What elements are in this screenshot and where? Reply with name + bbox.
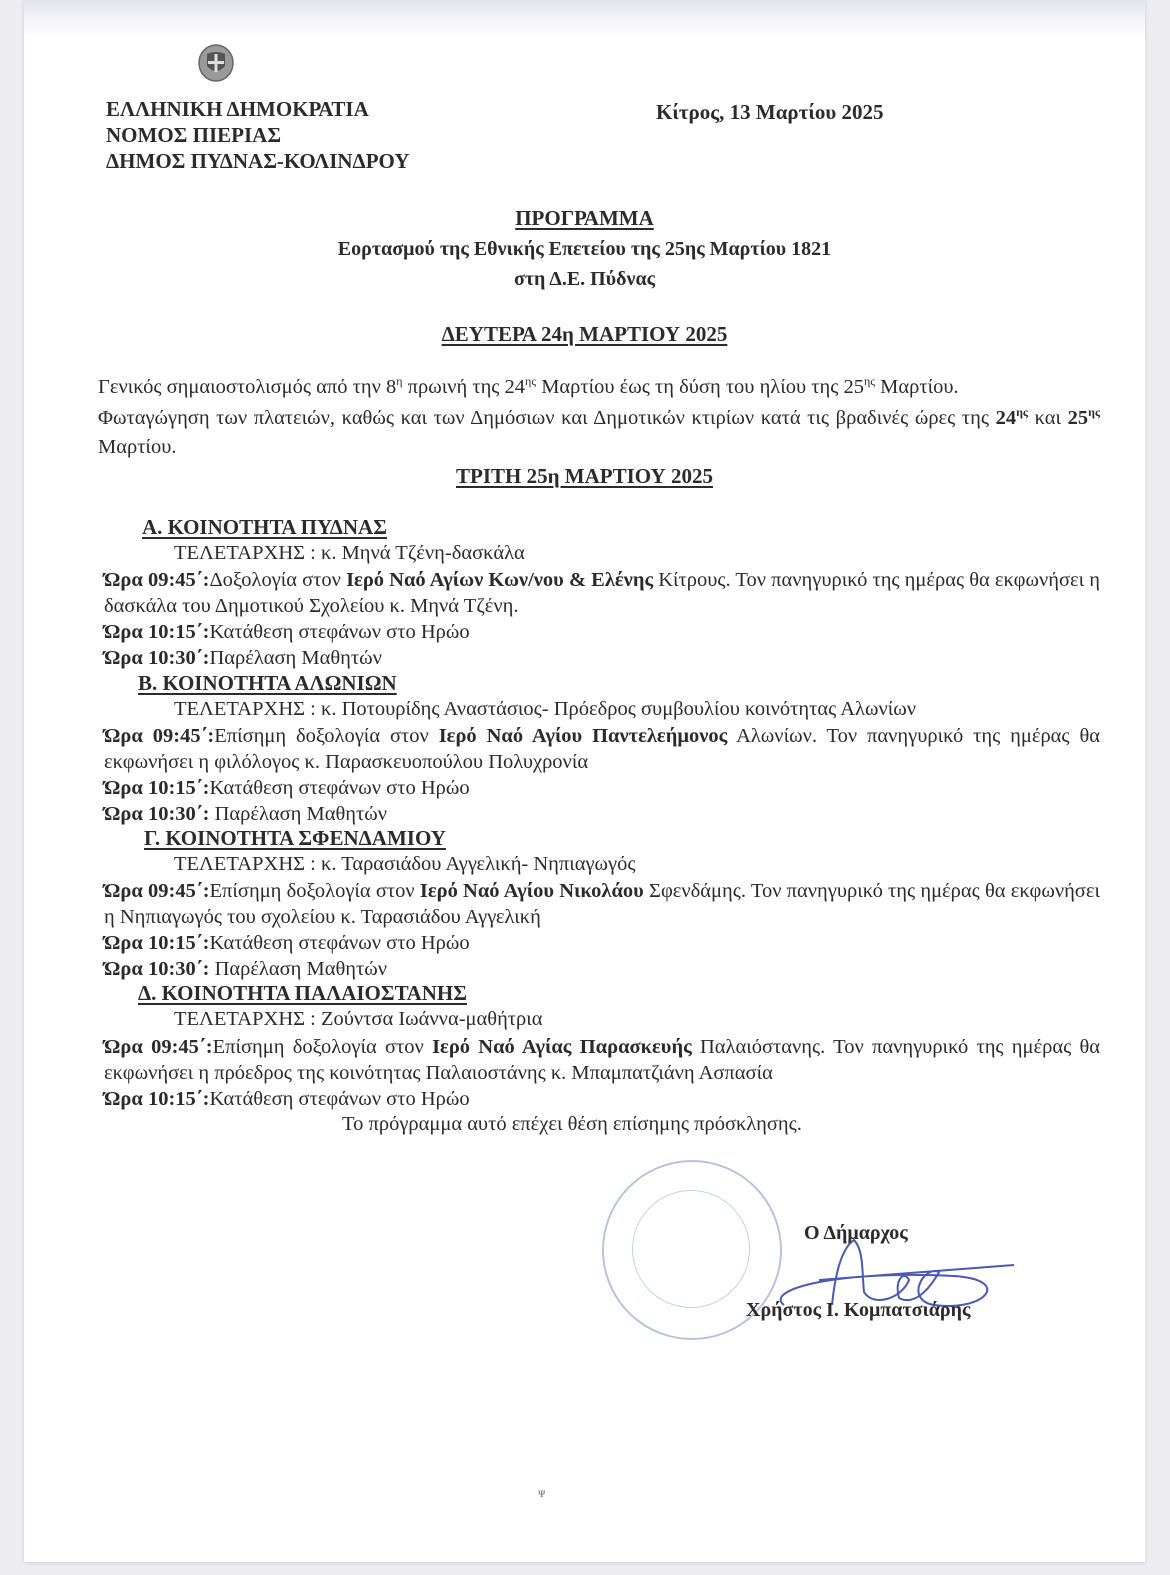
document-page: ΕΛΛΗΝΙΚΗ ΔΗΜΟΚΡΑΤΙΑ ΝΟΜΟΣ ΠΙΕΡΙΑΣ ΔΗΜΟΣ … — [24, 0, 1145, 1562]
event-parade-alonia: Ώρα 10:30΄: Παρέλαση Μαθητών — [104, 801, 387, 827]
event-parade-pydna: Ώρα 10:30΄:Παρέλαση Μαθητών — [104, 645, 382, 671]
event-wreath-palaiostani: Ώρα 10:15΄:Κατάθεση στεφάνων στο Ηρώο — [104, 1086, 470, 1112]
program-location: στη Δ.Ε. Πύδνας — [24, 268, 1145, 291]
signatory-name: Χρήστος Ι. Κομπατσιάρης — [746, 1297, 970, 1323]
event-doxology-pydna: Ώρα 09:45΄:Δοξολογία στον Ιερό Ναό Αγίων… — [104, 568, 1100, 619]
event-wreath-sfendami: Ώρα 10:15΄:Κατάθεση στεφάνων στο Ηρώο — [104, 930, 470, 956]
program-heading: ΠΡΟΓΡΑΜΜΑ — [24, 206, 1145, 231]
org-line-prefecture: ΝΟΜΟΣ ΠΙΕΡΙΑΣ — [106, 122, 281, 148]
section-title-alonia: Β. ΚΟΙΝΟΤΗΤΑ ΑΛΩΝΙΩΝ — [138, 671, 397, 696]
footer-mark: ᴪ — [538, 1486, 545, 1502]
event-wreath-pydna: Ώρα 10:15΄:Κατάθεση στεφάνων στο Ηρώο — [104, 619, 470, 645]
place-date: Κίτρος, 13 Μαρτίου 2025 — [656, 99, 884, 125]
day1-flags-paragraph: Γενικός σημαιοστολισμός από την 8η πρωιν… — [98, 373, 1100, 402]
day1-heading: ΔΕΥΤΕΡΑ 24η ΜΑΡΤΙΟΥ 2025 — [24, 322, 1145, 347]
event-wreath-alonia: Ώρα 10:15΄:Κατάθεση στεφάνων στο Ηρώο — [104, 775, 470, 801]
greek-coat-of-arms-icon — [197, 42, 235, 82]
day1-lighting-paragraph: Φωταγώγηση των πλατειών, καθώς και των Δ… — [98, 404, 1100, 462]
day2-heading: ΤΡΙΤΗ 25η ΜΑΡΤΙΟΥ 2025 — [24, 464, 1145, 489]
section-title-palaiostani: Δ. ΚΟΙΝΟΤΗΤΑ ΠΑΛΑΙΟΣΤΑΝΗΣ — [138, 981, 467, 1006]
teletarchis-alonia: ΤΕΛΕΤΑΡΧΗΣ : κ. Ποτουρίδης Αναστάσιος- Π… — [174, 698, 916, 721]
org-line-municipality: ΔΗΜΟΣ ΠΥΔΝΑΣ-ΚΟΛΙΝΔΡΟΥ — [106, 148, 410, 174]
section-title-pydna: Α. ΚΟΙΝΟΤΗΤΑ ΠΥΔΝΑΣ — [142, 515, 387, 540]
org-line-republic: ΕΛΛΗΝΙΚΗ ΔΗΜΟΚΡΑΤΙΑ — [106, 96, 369, 122]
teletarchis-pydna: ΤΕΛΕΤΑΡΧΗΣ : κ. Μηνά Τζένη-δασκάλα — [174, 542, 525, 565]
section-title-sfendami: Γ. ΚΟΙΝΟΤΗΤΑ ΣΦΕΝΔΑΜΙΟΥ — [144, 826, 446, 851]
event-doxology-alonia: Ώρα 09:45΄:Επίσημη δοξολογία στον Ιερό Ν… — [104, 724, 1100, 775]
event-doxology-sfendami: Ώρα 09:45΄:Επίσημη δοξολογία στον Ιερό Ν… — [104, 879, 1100, 930]
program-subtitle: Εορτασμού της Εθνικής Επετείου της 25ης … — [24, 238, 1145, 261]
teletarchis-palaiostani: ΤΕΛΕΤΑΡΧΗΣ : Ζούντσα Ιωάννα-μαθήτρια — [174, 1008, 543, 1031]
event-parade-sfendami: Ώρα 10:30΄: Παρέλαση Μαθητών — [104, 956, 387, 982]
event-doxology-palaiostani: Ώρα 09:45΄:Επίσημη δοξολογία στον Ιερό Ν… — [104, 1035, 1100, 1086]
scan-shadow — [24, 0, 1145, 38]
invitation-note: Το πρόγραμμα αυτό επέχει θέση επίσημης π… — [342, 1113, 802, 1136]
teletarchis-sfendami: ΤΕΛΕΤΑΡΧΗΣ : κ. Ταρασιάδου Αγγελική- Νηπ… — [174, 853, 635, 876]
